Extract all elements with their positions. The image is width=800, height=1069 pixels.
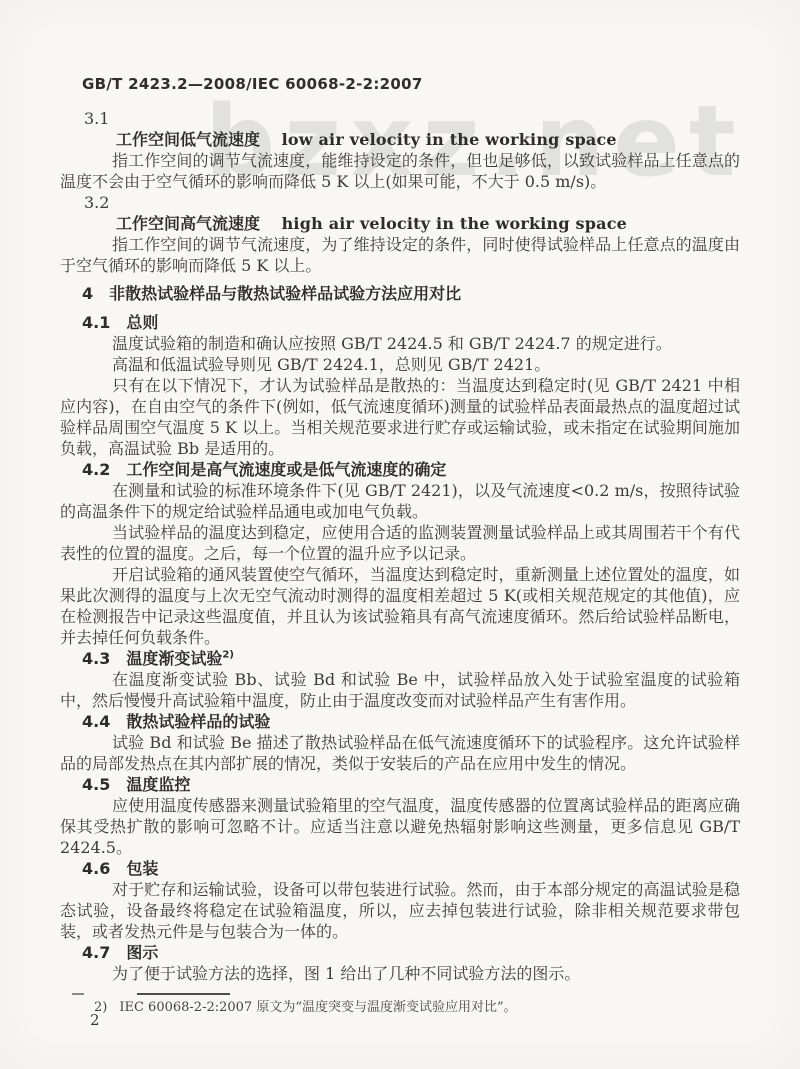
clause-title: 散热试验样品的试验 <box>126 712 270 731</box>
paragraph-4-6-a: 对于贮存和运输试验，设备可以带包装进行试验。然而，由于本部分规定的高温试验是稳态… <box>60 879 740 942</box>
paragraph-4-7-a: 为了便于试验方法的选择，图 1 给出了几种不同试验方法的图示。 <box>60 963 740 984</box>
clause-4-1-heading: 4.1总则 <box>60 312 740 333</box>
page-content: GB/T 2423.2—2008/IEC 60068-2-2:2007 3.1 … <box>0 0 800 1016</box>
clause-title: 温度监控 <box>126 775 190 794</box>
clause-title: 总则 <box>126 313 158 332</box>
clause-number: 4 <box>82 284 93 303</box>
footnote: 2)IEC 60068-2-2:2007 原文为“温度突变与温度渐变试验应用对比… <box>60 999 740 1016</box>
definition-3-1: 指工作空间的调节气流速度，能维持设定的条件，但也足够低，以致试验样品上任意点的温… <box>60 150 740 192</box>
footnote-reference: 2) <box>222 650 234 661</box>
clause-title: 温度渐变试验 <box>126 649 222 668</box>
clause-3-1-number: 3.1 <box>60 108 740 129</box>
document-header: GB/T 2423.2—2008/IEC 60068-2-2:2007 <box>60 74 740 94</box>
footnote-rule <box>137 993 230 995</box>
definition-3-2: 指工作空间的调节气流速度，为了维持设定的条件，同时使得试验样品上任意点的温度由于… <box>60 234 740 276</box>
term-3-1-english: low air velocity in the working space <box>282 130 617 149</box>
paragraph-4-2-b: 当试验样品的温度达到稳定，应使用合适的监测装置测量试验样品上或其周围若干个有代表… <box>60 522 740 564</box>
paragraph-4-1-c: 只有在以下情况下，才认为试验样品是散热的：当温度达到稳定时(见 GB/T 242… <box>60 375 740 459</box>
page-number: 2 <box>90 1010 100 1031</box>
term-3-2-english: high air velocity in the working space <box>282 214 627 233</box>
paragraph-4-1-a: 温度试验箱的制造和确认应按照 GB/T 2424.5 和 GB/T 2424.7… <box>60 333 740 354</box>
clause-title: 工作空间是高气流速度或是低气流速度的确定 <box>126 460 446 479</box>
clause-4-5-heading: 4.5温度监控 <box>60 774 740 795</box>
term-3-1: 工作空间低气流速度 low air velocity in the workin… <box>60 129 740 150</box>
clause-title: 非散热试验样品与散热试验样品试验方法应用对比 <box>109 284 461 303</box>
scanned-standard-page: bzxz.net GB/T 2423.2—2008/IEC 60068-2-2:… <box>0 0 800 1069</box>
paragraph-4-1-b: 高温和低温试验导则见 GB/T 2424.1，总则见 GB/T 2421。 <box>60 354 740 375</box>
paragraph-4-2-a: 在测量和试验的标准环境条件下(见 GB/T 2421)，以及气流速度<0.2 m… <box>60 480 740 522</box>
clause-4-heading: 4非散热试验样品与散热试验样品试验方法应用对比 <box>60 283 740 304</box>
paragraph-4-3-a: 在温度渐变试验 Bb、试验 Bd 和试验 Be 中，试验样品放入处于试验室温度的… <box>60 669 740 711</box>
clause-number: 4.5 <box>82 775 110 794</box>
clause-4-2-heading: 4.2工作空间是高气流速度或是低气流速度的确定 <box>60 459 740 480</box>
clause-number: 4.3 <box>82 649 110 668</box>
paragraph-4-2-c: 开启试验箱的通风装置使空气循环，当温度达到稳定时，重新测量上述位置处的温度，如果… <box>60 564 740 648</box>
scan-artifact-dash <box>72 993 84 995</box>
clause-4-7-heading: 4.7图示 <box>60 942 740 963</box>
term-3-1-chinese: 工作空间低气流速度 <box>116 130 260 149</box>
clause-number: 4.6 <box>82 859 110 878</box>
clause-number: 4.2 <box>82 460 110 479</box>
clause-title: 图示 <box>126 943 158 962</box>
clause-number: 4.1 <box>82 313 110 332</box>
term-3-2-chinese: 工作空间高气流速度 <box>116 214 260 233</box>
paragraph-4-4-a: 试验 Bd 和试验 Be 描述了散热试验样品在低气流速度循环下的试验程序。这允许… <box>60 732 740 774</box>
clause-4-6-heading: 4.6包装 <box>60 858 740 879</box>
footnote-text: IEC 60068-2-2:2007 原文为“温度突变与温度渐变试验应用对比”。 <box>119 1000 516 1015</box>
clause-4-4-heading: 4.4散热试验样品的试验 <box>60 711 740 732</box>
clause-3-2-number: 3.2 <box>60 192 740 213</box>
clause-number: 4.7 <box>82 943 110 962</box>
footnote-separator <box>60 989 740 999</box>
term-3-2: 工作空间高气流速度 high air velocity in the worki… <box>60 213 740 234</box>
paragraph-4-5-a: 应使用温度传感器来测量试验箱里的空气温度，温度传感器的位置离试验样品的距离应确保… <box>60 795 740 858</box>
clause-number: 4.4 <box>82 712 110 731</box>
clause-title: 包装 <box>126 859 158 878</box>
clause-4-3-heading: 4.3温度渐变试验2) <box>60 648 740 669</box>
